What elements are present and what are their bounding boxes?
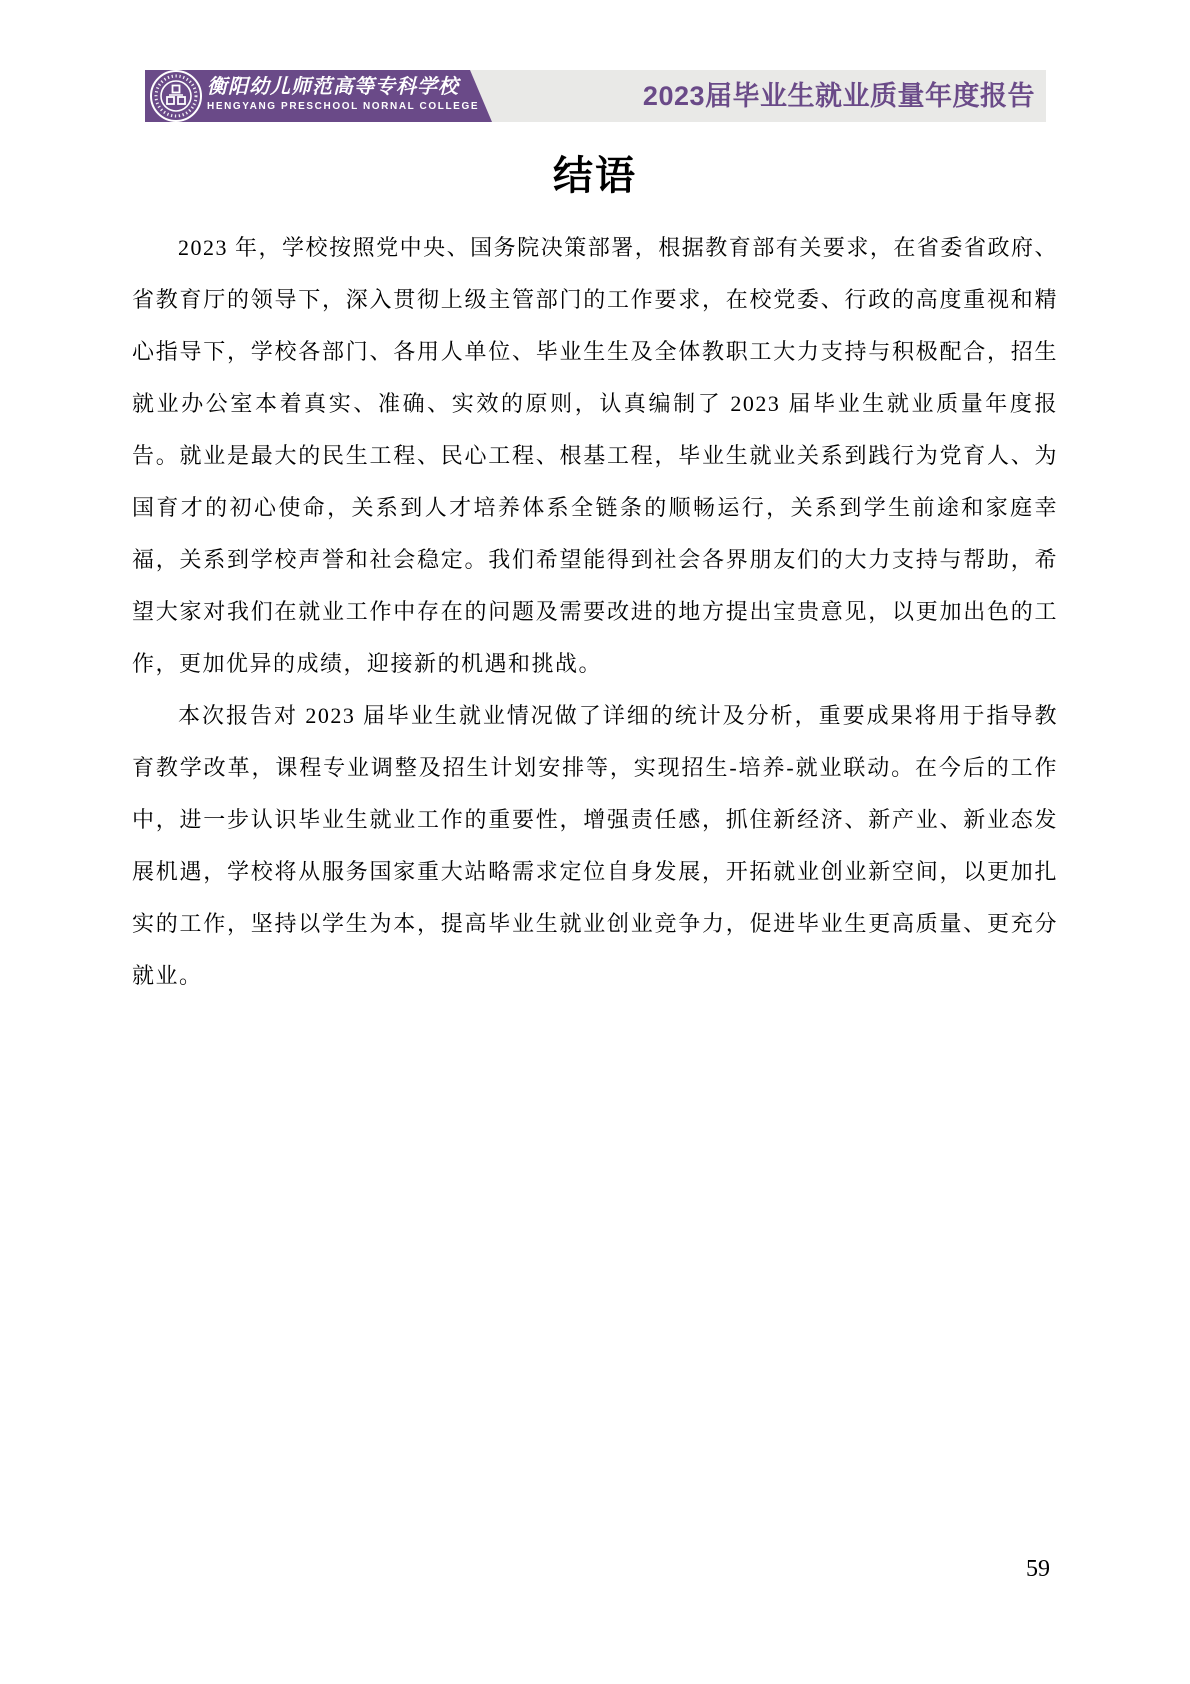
school-seal-icon (149, 69, 203, 123)
school-name-block: 衡阳幼儿师范高等专科学校 HENGYANG PRESCHOOL NORNAL C… (207, 74, 477, 113)
body-paragraph: 2023 年，学校按照党中央、国务院决策部署，根据教育部有关要求，在省委省政府、… (132, 222, 1058, 690)
page-number: 59 (1026, 1556, 1050, 1583)
report-title: 2023届毕业生就业质量年度报告 (643, 70, 1035, 122)
school-name-english: HENGYANG PRESCHOOL NORNAL COLLEGE (207, 100, 477, 113)
section-title: 结语 (0, 144, 1190, 201)
document-body: 2023 年，学校按照党中央、国务院决策部署，根据教育部有关要求，在省委省政府、… (132, 222, 1058, 1002)
school-name-chinese: 衡阳幼儿师范高等专科学校 (207, 74, 477, 100)
page-header: 2023届毕业生就业质量年度报告 衡阳幼儿师范高等专科学校 HENGYANG P… (145, 70, 1046, 122)
report-page: 2023届毕业生就业质量年度报告 衡阳幼儿师范高等专科学校 HENGYANG P… (0, 0, 1190, 1684)
body-paragraph: 本次报告对 2023 届毕业生就业情况做了详细的统计及分析，重要成果将用于指导教… (132, 690, 1058, 1002)
header-purple-band: 衡阳幼儿师范高等专科学校 HENGYANG PRESCHOOL NORNAL C… (145, 70, 492, 122)
